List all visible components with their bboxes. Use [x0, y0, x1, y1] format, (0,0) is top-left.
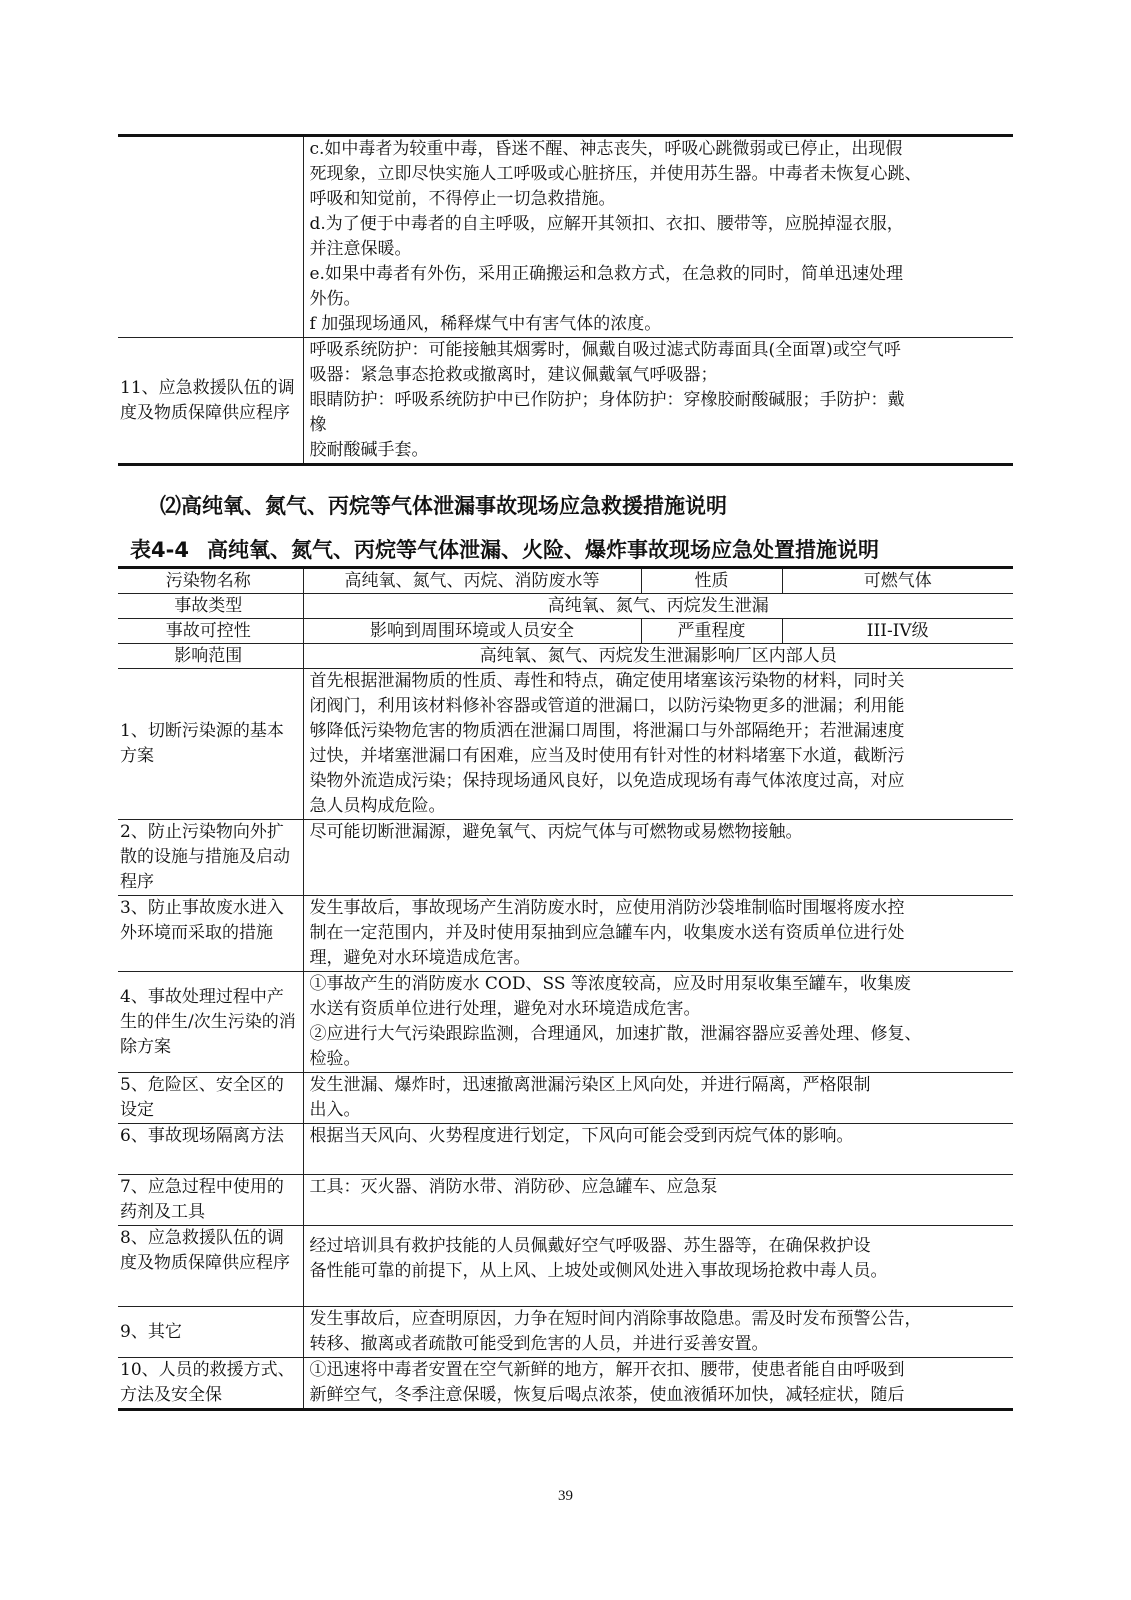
table-title: 高纯氧、氮气、丙烷等气体泄漏、火险、爆炸事故现场应急处置措施说明: [207, 538, 879, 562]
row-label: 6、事故现场隔离方法: [118, 1124, 303, 1175]
accident-type-value: 高纯氧、氮气、丙烷发生泄漏: [303, 594, 1013, 619]
nature-label: 性质: [641, 568, 782, 594]
table-row: 7、应急过程中使用的药剂及工具 工具：灭火器、消防水带、消防砂、应急罐车、应急泵: [118, 1175, 1013, 1226]
impact-scope-value: 高纯氧、氮气、丙烷发生泄漏影响厂区内部人员: [303, 644, 1013, 669]
table-row: 4、事故处理过程中产生的伴生/次生污染的消除方案 ①事故产生的消防废水 COD、…: [118, 972, 1013, 1073]
row-content: c.如中毒者为较重中毒，昏迷不醒、神志丧失，呼吸心跳微弱或已停止，出现假 死现象…: [303, 136, 1013, 338]
severity-value: III-IV级: [782, 619, 1013, 644]
table-row: c.如中毒者为较重中毒，昏迷不醒、神志丧失，呼吸心跳微弱或已停止，出现假 死现象…: [118, 136, 1013, 338]
table-row: 影响范围 高纯氧、氮气、丙烷发生泄漏影响厂区内部人员: [118, 644, 1013, 669]
row-content: 工具：灭火器、消防水带、消防砂、应急罐车、应急泵: [303, 1175, 1013, 1226]
row-content: 发生事故后，事故现场产生消防废水时，应使用消防沙袋堆制临时围堰将废水控 制在一定…: [303, 896, 1013, 972]
row-label: 4、事故处理过程中产生的伴生/次生污染的消除方案: [118, 972, 303, 1073]
row-label: 1、切断污染源的基本方案: [118, 669, 303, 820]
table-row: 事故可控性 影响到周围环境或人员安全 严重程度 III-IV级: [118, 619, 1013, 644]
table-4-4: 污染物名称 高纯氧、氮气、丙烷、消防废水等 性质 可燃气体 事故类型 高纯氧、氮…: [118, 566, 1013, 1411]
table-row: 11、应急救援队伍的调度及物质保障供应程序 呼吸系统防护：可能接触其烟雾时，佩戴…: [118, 338, 1013, 465]
row-content: 发生事故后，应查明原因，力争在短时间内消除事故隐患。需及时发布预警公告， 转移、…: [303, 1307, 1013, 1358]
table-number: 表4-4: [130, 538, 189, 562]
severity-label: 严重程度: [641, 619, 782, 644]
row-label: 11、应急救援队伍的调度及物质保障供应程序: [118, 338, 303, 465]
pollutant-name-value: 高纯氧、氮气、丙烷、消防废水等: [303, 568, 641, 594]
row-label: 5、危险区、安全区的设定: [118, 1073, 303, 1124]
controllability-label: 事故可控性: [118, 619, 303, 644]
table-row: 5、危险区、安全区的设定 发生泄漏、爆炸时，迅速撤离泄漏污染区上风向处，并进行隔…: [118, 1073, 1013, 1124]
impact-scope-label: 影响范围: [118, 644, 303, 669]
table-row: 3、防止事故废水进入外环境而采取的措施 发生事故后，事故现场产生消防废水时，应使…: [118, 896, 1013, 972]
table-row: 1、切断污染源的基本方案 首先根据泄漏物质的性质、毒性和特点，确定使用堵塞该污染…: [118, 669, 1013, 820]
table-row: 污染物名称 高纯氧、氮气、丙烷、消防废水等 性质 可燃气体: [118, 568, 1013, 594]
table-row: 9、其它 发生事故后，应查明原因，力争在短时间内消除事故隐患。需及时发布预警公告…: [118, 1307, 1013, 1358]
row-content: ①迅速将中毒者安置在空气新鲜的地方，解开衣扣、腰带，使患者能自由呼吸到 新鲜空气…: [303, 1358, 1013, 1410]
nature-value: 可燃气体: [782, 568, 1013, 594]
page-number: 39: [0, 1488, 1131, 1505]
row-content: 经过培训具有救护技能的人员佩戴好空气呼吸器、苏生器等，在确保救护设 备性能可靠的…: [303, 1226, 1013, 1307]
table-row: 10、人员的救援方式、方法及安全保 ①迅速将中毒者安置在空气新鲜的地方，解开衣扣…: [118, 1358, 1013, 1410]
row-content: 根据当天风向、火势程度进行划定，下风向可能会受到丙烷气体的影响。: [303, 1124, 1013, 1175]
row-content: 首先根据泄漏物质的性质、毒性和特点，确定使用堵塞该污染物的材料，同时关 闭阀门，…: [303, 669, 1013, 820]
section-heading: ⑵高纯氧、氮气、丙烷等气体泄漏事故现场应急救援措施说明: [160, 490, 727, 520]
row-content: 发生泄漏、爆炸时，迅速撤离泄漏污染区上风向处，并进行隔离，严格限制 出入。: [303, 1073, 1013, 1124]
row-label: 2、防止污染物向外扩散的设施与措施及启动程序: [118, 820, 303, 896]
table-row: 2、防止污染物向外扩散的设施与措施及启动程序 尽可能切断泄漏源，避免氧气、丙烷气…: [118, 820, 1013, 896]
pollutant-name-label: 污染物名称: [118, 568, 303, 594]
accident-type-label: 事故类型: [118, 594, 303, 619]
row-label: 9、其它: [118, 1307, 303, 1358]
table-caption: 表4-4高纯氧、氮气、丙烷等气体泄漏、火险、爆炸事故现场应急处置措施说明: [130, 534, 879, 564]
row-content: 呼吸系统防护：可能接触其烟雾时，佩戴自吸过滤式防毒面具(全面罩)或空气呼 吸器：…: [303, 338, 1013, 465]
row-label: 7、应急过程中使用的药剂及工具: [118, 1175, 303, 1226]
row-content: 尽可能切断泄漏源，避免氧气、丙烷气体与可燃物或易燃物接触。: [303, 820, 1013, 896]
row-content: ①事故产生的消防废水 COD、SS 等浓度较高，应及时用泵收集至罐车，收集废 水…: [303, 972, 1013, 1073]
row-label: 10、人员的救援方式、方法及安全保: [118, 1358, 303, 1410]
continued-table: c.如中毒者为较重中毒，昏迷不醒、神志丧失，呼吸心跳微弱或已停止，出现假 死现象…: [118, 134, 1013, 466]
table-row: 6、事故现场隔离方法 根据当天风向、火势程度进行划定，下风向可能会受到丙烷气体的…: [118, 1124, 1013, 1175]
row-label: 3、防止事故废水进入外环境而采取的措施: [118, 896, 303, 972]
row-label: 8、应急救援队伍的调度及物质保障供应程序: [118, 1226, 303, 1307]
table-row: 事故类型 高纯氧、氮气、丙烷发生泄漏: [118, 594, 1013, 619]
table-row: 8、应急救援队伍的调度及物质保障供应程序 经过培训具有救护技能的人员佩戴好空气呼…: [118, 1226, 1013, 1307]
row-label: [118, 136, 303, 338]
controllability-value: 影响到周围环境或人员安全: [303, 619, 641, 644]
